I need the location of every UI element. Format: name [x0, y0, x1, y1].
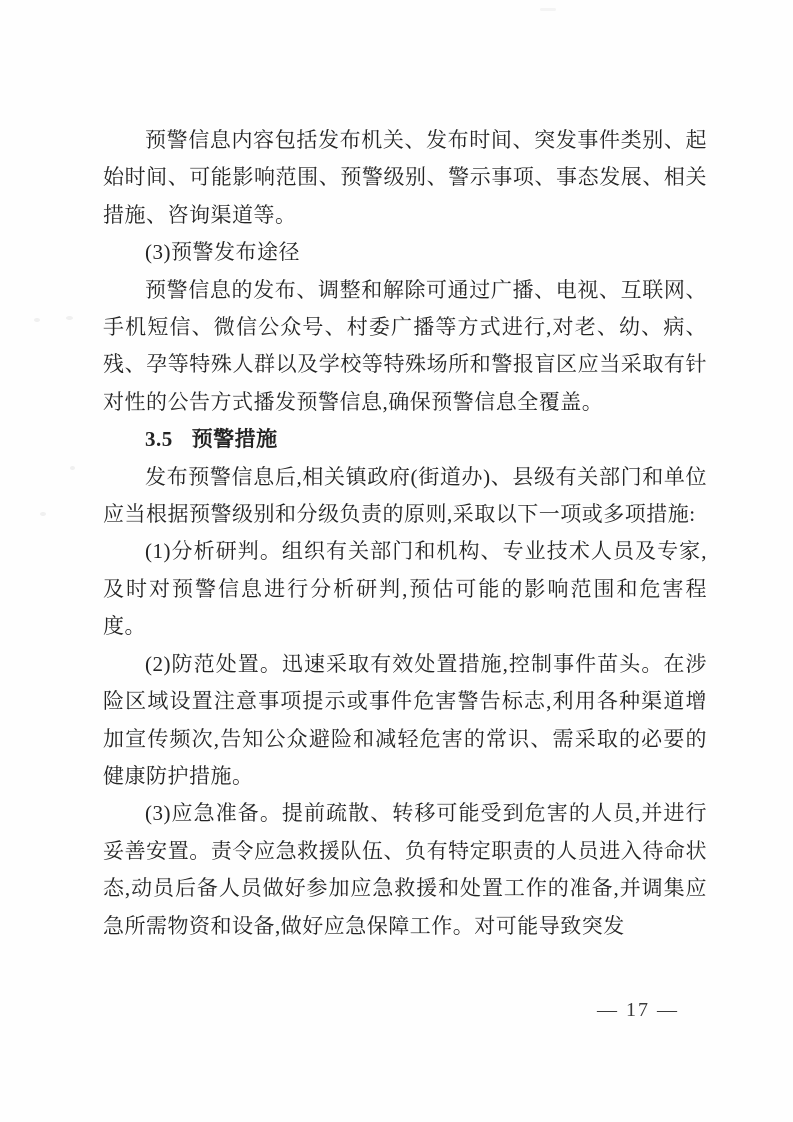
page-number: — 17 —	[597, 998, 707, 1022]
paragraph-item-3-warning-release-channels: (3)预警发布途径	[103, 234, 707, 271]
paragraph-measure-2-prevention: (2)防范处置。迅速采取有效处置措施,控制事件苗头。在涉险区域设置注意事项提示或…	[103, 646, 707, 796]
paragraph-release-channels-detail: 预警信息的发布、调整和解除可通过广播、电视、互联网、手机短信、微信公众号、村委广…	[103, 272, 707, 422]
scan-artifact	[70, 466, 75, 470]
paragraph-warning-info-content: 预警信息内容包括发布机关、发布时间、突发事件类别、起始时间、可能影响范围、预警级…	[103, 122, 707, 234]
scan-artifact	[66, 316, 73, 320]
scan-artifact	[34, 318, 40, 322]
document-page: 预警信息内容包括发布机关、发布时间、突发事件类别、起始时间、可能影响范围、预警级…	[0, 0, 793, 1122]
section-heading-3-5: 3.5预警措施	[103, 421, 707, 458]
paragraph-measure-3-emergency-preparation: (3)应急准备。提前疏散、转移可能受到危害的人员,并进行妥善安置。责令应急救援队…	[103, 795, 707, 945]
scan-artifact	[40, 512, 46, 516]
paragraph-warning-measures-intro: 发布预警信息后,相关镇政府(街道办)、县级有关部门和单位应当根据预警级别和分级负…	[103, 459, 707, 534]
paragraph-measure-1-analysis: (1)分析研判。组织有关部门和机构、专业技术人员及专家,及时对预警信息进行分析研…	[103, 533, 707, 645]
section-title: 预警措施	[192, 427, 278, 451]
scan-artifact	[540, 8, 556, 11]
section-number: 3.5	[145, 427, 173, 451]
document-body: 预警信息内容包括发布机关、发布时间、突发事件类别、起始时间、可能影响范围、预警级…	[103, 122, 707, 945]
